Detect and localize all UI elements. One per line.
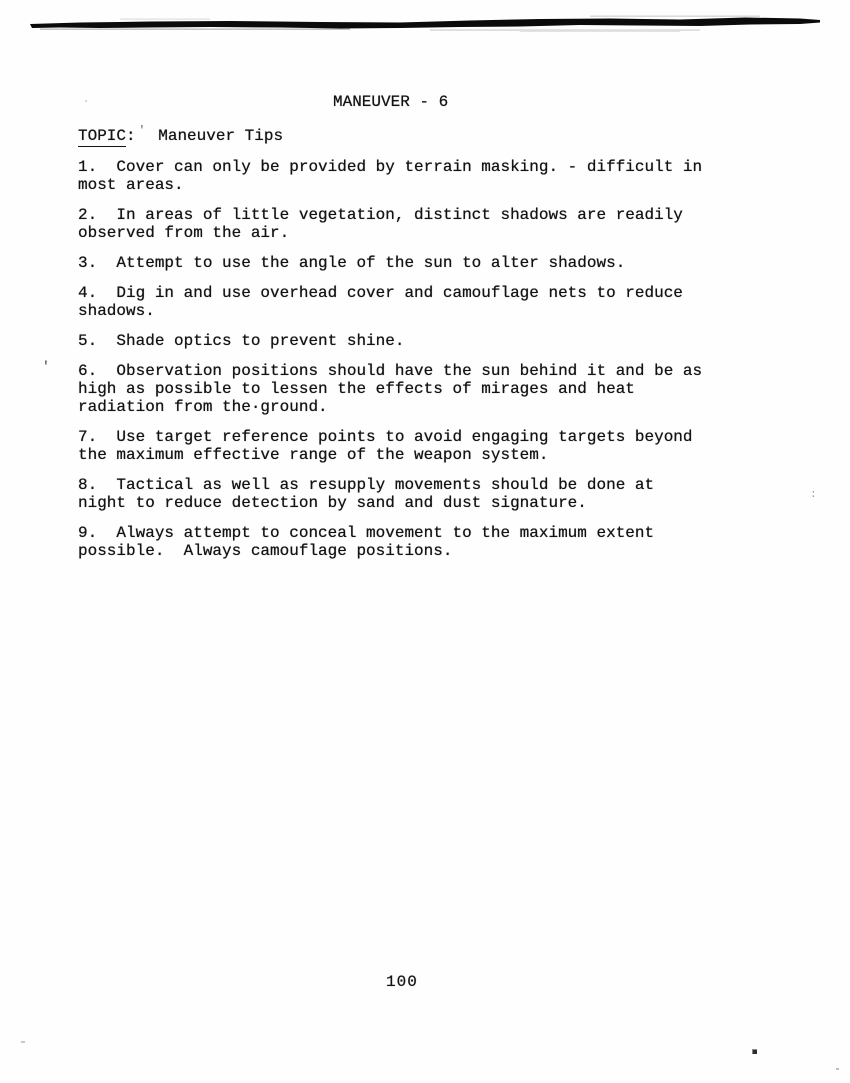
tip-paragraph: 1. Cover can only be provided by terrain…: [78, 158, 702, 194]
scan-speck-left-margin: ': [42, 359, 50, 374]
scan-speck: [21, 1041, 25, 1043]
topic-colon: :: [126, 127, 136, 145]
scan-speck-right-margin: :: [810, 489, 817, 501]
tip-line: the maximum effective range of the weapo…: [78, 446, 702, 464]
tip-line: night to reduce detection by sand and du…: [78, 494, 702, 512]
tip-line: 7. Use target reference points to avoid …: [78, 428, 702, 446]
tip-paragraph: 9. Always attempt to conceal movement to…: [78, 524, 702, 560]
tip-line: 2. In areas of little vegetation, distin…: [78, 206, 702, 224]
tip-line: radiation from the·ground.: [78, 398, 702, 416]
topic-label: TOPIC: [78, 127, 126, 147]
scanned-document-page: MANEUVER - 6 TOPIC:'Maneuver Tips 1. Cov…: [0, 0, 850, 1083]
tip-line: 1. Cover can only be provided by terrain…: [78, 158, 702, 176]
tip-paragraph: 4. Dig in and use overhead cover and cam…: [78, 284, 702, 320]
page-number: 100: [386, 973, 418, 991]
topic-value: Maneuver Tips: [158, 127, 283, 145]
scan-speck: [836, 1068, 839, 1070]
tip-paragraph: 7. Use target reference points to avoid …: [78, 428, 702, 464]
scan-speck: [752, 1049, 757, 1054]
tip-paragraph: 5. Shade optics to prevent shine.: [78, 332, 702, 350]
topic-line: TOPIC:'Maneuver Tips: [78, 125, 283, 145]
tip-line: 6. Observation positions should have the…: [78, 362, 702, 380]
tip-line: shadows.: [78, 302, 702, 320]
tip-line: high as possible to lessen the effects o…: [78, 380, 702, 398]
tip-line: 5. Shade optics to prevent shine.: [78, 332, 702, 350]
scan-speck: [85, 100, 87, 102]
tip-line: 8. Tactical as well as resupply movement…: [78, 476, 702, 494]
page-title: MANEUVER - 6: [333, 93, 448, 111]
scan-edge-artifact-top: [0, 0, 850, 46]
tip-paragraph: 8. Tactical as well as resupply movement…: [78, 476, 702, 512]
tip-paragraph: 2. In areas of little vegetation, distin…: [78, 206, 702, 242]
tip-paragraph: 3. Attempt to use the angle of the sun t…: [78, 254, 702, 272]
tip-line: 3. Attempt to use the angle of the sun t…: [78, 254, 702, 272]
scan-speck-mark: ': [139, 125, 146, 137]
tip-line: 9. Always attempt to conceal movement to…: [78, 524, 702, 542]
tip-paragraph: 6. Observation positions should have the…: [78, 362, 702, 416]
tip-line: possible. Always camouflage positions.: [78, 542, 702, 560]
tip-line: 4. Dig in and use overhead cover and cam…: [78, 284, 702, 302]
tip-line: most areas.: [78, 176, 702, 194]
tip-line: observed from the air.: [78, 224, 702, 242]
tips-list: 1. Cover can only be provided by terrain…: [78, 158, 702, 572]
